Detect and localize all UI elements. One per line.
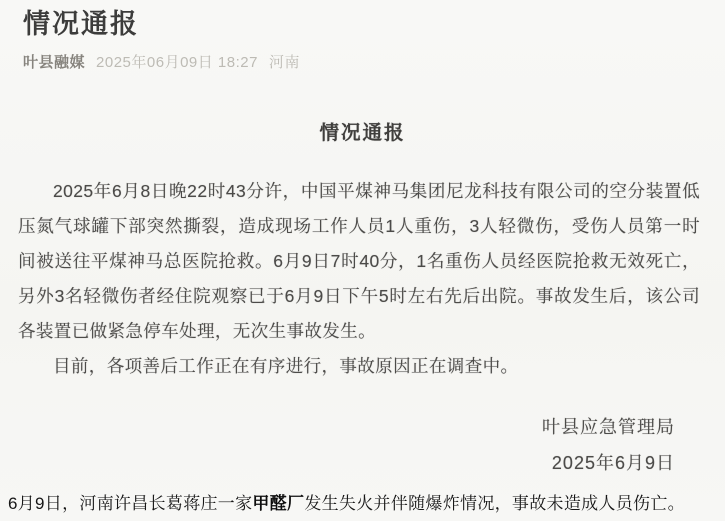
publish-location: 河南	[269, 51, 300, 72]
notice-paragraph-1: 2025年6月8日晚22时43分许，中国平煤神马集团尼龙科技有限公司的空分装置低…	[0, 174, 725, 349]
image-caption: 6月9日，河南许昌长葛蒋庄一家甲醛厂发生失火并伴随爆炸情况，事故未造成人员伤亡。	[8, 492, 719, 516]
caption-prefix: 6月9日，河南许昌长葛蒋庄一家	[8, 494, 252, 513]
caption-suffix: 发生失火并伴随爆炸情况，事故未造成人员伤亡。	[304, 494, 685, 513]
signature-date: 2025年6月9日	[0, 445, 675, 481]
notice-body: 2025年6月8日晚22时43分许，中国平煤神马集团尼龙科技有限公司的空分装置低…	[0, 174, 725, 384]
byline: 叶县融媒 2025年06月09日 18:27 河南	[23, 51, 701, 72]
notice-document: 情况通报 2025年6月8日晚22时43分许，中国平煤神马集团尼龙科技有限公司的…	[0, 117, 725, 481]
publish-datetime: 2025年06月09日 18:27	[96, 51, 258, 72]
notice-title: 情况通报	[0, 117, 725, 145]
author-link[interactable]: 叶县融媒	[23, 51, 85, 72]
caption-highlight: 甲醛厂	[252, 494, 304, 513]
signature-org: 叶县应急管理局	[0, 409, 675, 445]
article-header: 情况通报 叶县融媒 2025年06月09日 18:27 河南	[0, 0, 725, 72]
notice-signature: 叶县应急管理局 2025年6月9日	[0, 409, 725, 481]
article-page: 情况通报 叶县融媒 2025年06月09日 18:27 河南 情况通报 2025…	[0, 0, 725, 521]
notice-paragraph-2: 目前，各项善后工作正在有序进行，事故原因正在调查中。	[0, 349, 725, 384]
article-title: 情况通报	[23, 8, 701, 42]
